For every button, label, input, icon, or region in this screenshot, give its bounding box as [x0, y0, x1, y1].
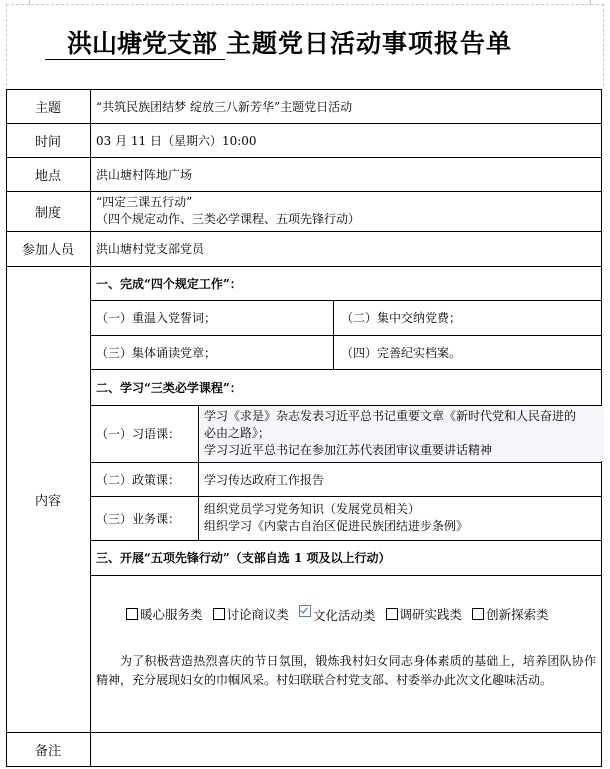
section2-heading: 二、学习“三类必学课程”：: [96, 369, 242, 405]
place-value[interactable]: 洪山塘村阵地广场: [96, 157, 192, 191]
action-options: 暖心服务类 讨论商议类 文化活动类 调研实践类 创新探索类: [126, 604, 549, 624]
task-item[interactable]: （一）重温入党誓词；: [96, 300, 216, 335]
content-divider: [90, 575, 602, 576]
course-line: 学习《求是》杂志发表习近平总书记重要文章《新时代党和人民奋进的: [204, 408, 576, 425]
option-label: 暖心服务类: [140, 607, 203, 622]
course-line: 组织学习《内蒙古自治区促进民族团结进步条例》: [204, 518, 468, 535]
option-label: 文化活动类: [313, 608, 376, 623]
option-label: 调研实践类: [400, 607, 463, 622]
course-name-business: （三）业务课：: [96, 496, 180, 540]
system-line-2: （四个规定动作、三类必学课程、五项先锋行动）: [96, 211, 360, 228]
option-label: 讨论商议类: [227, 607, 290, 622]
system-value[interactable]: “四定三课五行动” （四个规定动作、三类必学课程、五项先锋行动）: [96, 191, 360, 231]
option-research-practice[interactable]: 调研实践类: [386, 605, 463, 623]
course-line: 学习习近平总书记在参加江苏代表团审议重要讲话精神: [204, 442, 492, 459]
label-content: 内容: [6, 266, 90, 732]
page-margin-guide-left: [6, 4, 7, 86]
label-participants: 参加人员: [6, 231, 90, 266]
label-theme: 主题: [6, 89, 90, 123]
option-culture-activity[interactable]: 文化活动类: [299, 605, 376, 624]
page-margin-guide-right: [603, 4, 604, 86]
section3-heading: 三、开展“五项先锋行动”（支部自选 1 项及以上行动）: [96, 540, 391, 575]
course-line: 组织党员学习党务知识（发展党员相关）: [204, 501, 420, 518]
task-item[interactable]: （三）集体诵读党章；: [96, 335, 216, 369]
label-time: 时间: [6, 123, 90, 157]
course-content-policy[interactable]: 学习传达政府工作报告: [204, 462, 324, 496]
label-place: 地点: [6, 157, 90, 191]
checkbox-unchecked-icon[interactable]: [386, 608, 398, 620]
page-margin-guide-top: [6, 4, 604, 5]
participants-value[interactable]: 洪山塘村党支部党员: [96, 231, 204, 266]
branch-name-field[interactable]: 洪山塘党支部: [45, 27, 225, 60]
option-innovation[interactable]: 创新探索类: [472, 605, 549, 623]
tasks-column-divider: [333, 300, 334, 369]
report-title: 主题党日活动事项报告单: [226, 27, 512, 60]
course-content-business[interactable]: 组织党员学习党务知识（发展党员相关） 组织学习《内蒙古自治区促进民族团结进步条例…: [204, 496, 468, 540]
task-item[interactable]: （四）完善纪实档案。: [341, 335, 461, 369]
remarks-value[interactable]: [96, 732, 596, 766]
margin-corner-tick-left: [29, 0, 30, 5]
courses-column-divider: [198, 405, 199, 540]
checkbox-unchecked-icon[interactable]: [126, 608, 138, 620]
checkbox-unchecked-icon[interactable]: [472, 608, 484, 620]
course-name-policy: （二）政策课：: [96, 462, 180, 496]
table-border-bottom: [6, 766, 602, 767]
system-line-1: “四定三课五行动”: [96, 194, 192, 211]
time-value[interactable]: 03 月 11 日（星期六）10:00: [96, 123, 257, 157]
checkbox-unchecked-icon[interactable]: [213, 608, 225, 620]
label-remarks: 备注: [6, 732, 90, 766]
option-label: 创新探索类: [486, 607, 549, 622]
option-warm-service[interactable]: 暖心服务类: [126, 605, 203, 623]
activity-description[interactable]: 为了积极营造热烈喜庆的节日氛围，锻炼我村妇女同志身体素质的基础上，培养团队协作精…: [96, 652, 596, 690]
task-item[interactable]: （二）集中交纳党费；: [341, 300, 461, 335]
section1-heading: 一、完成“四个规定工作”：: [96, 266, 242, 300]
course-name-xiyu: （一）习语课：: [96, 405, 180, 462]
course-content-xiyu[interactable]: 学习《求是》杂志发表习近平总书记重要文章《新时代党和人民奋进的 必由之路》； 学…: [200, 406, 604, 461]
margin-corner-tick-right: [590, 0, 591, 5]
course-line: 必由之路》；: [204, 425, 270, 442]
checkbox-checked-icon[interactable]: [299, 605, 311, 617]
theme-value[interactable]: “共筑民族团结梦 绽放三八新芳华”主题党日活动: [96, 89, 352, 123]
option-discussion[interactable]: 讨论商议类: [213, 605, 290, 623]
label-system: 制度: [6, 191, 90, 231]
